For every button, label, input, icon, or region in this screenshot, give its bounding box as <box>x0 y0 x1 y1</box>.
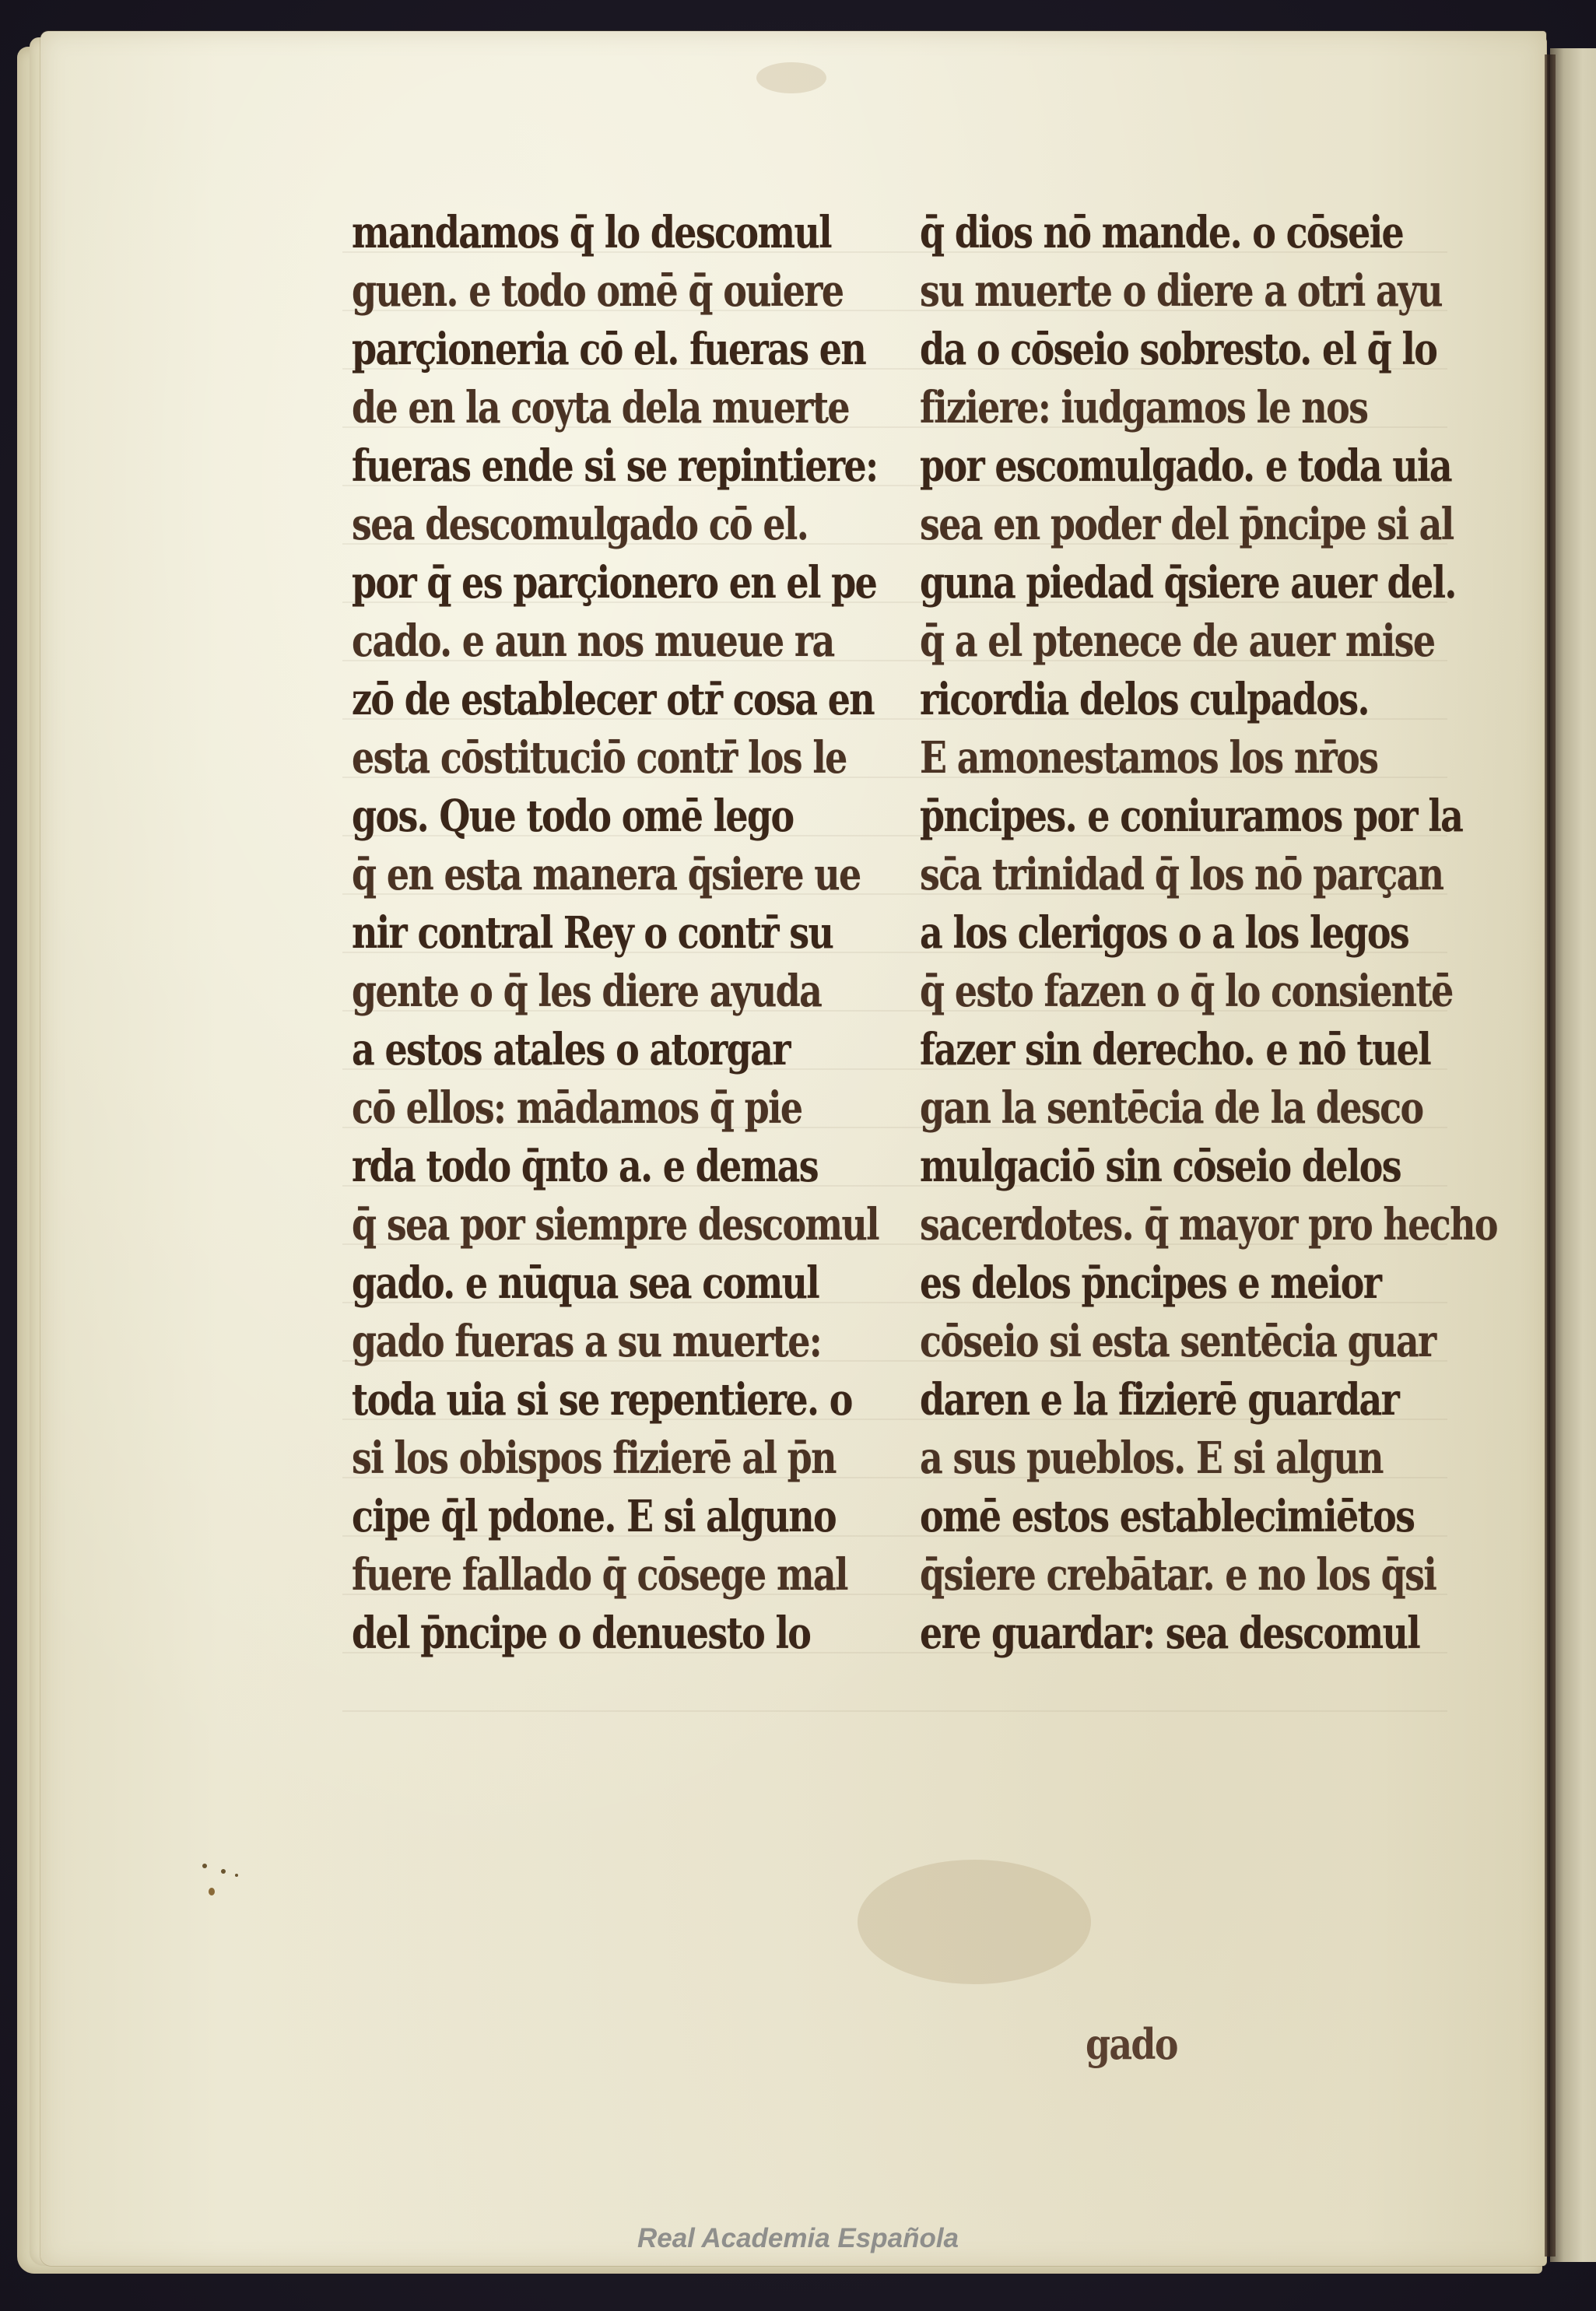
text-line: guen. e todo omē q̄ ouiere <box>352 262 882 321</box>
text-line: fazer sin derecho. e nō tuel <box>920 1021 1482 1079</box>
text-line: cōseio si esta sentēcia guar <box>920 1313 1482 1371</box>
text-line: gado fueras a su muerte: <box>352 1313 882 1371</box>
text-line: parçioneria cō el. fueras en <box>352 321 882 379</box>
text-line: sacerdotes. q̄ mayor pro hecho <box>920 1196 1482 1254</box>
next-page-edge <box>1550 48 1596 2262</box>
text-line: E amonestamos los nr̄os <box>920 729 1482 787</box>
text-line: gado. e nūqua sea comul <box>352 1254 882 1313</box>
text-line: a los clerigos o a los legos <box>920 904 1482 963</box>
catchword: gado <box>1086 2019 1177 2069</box>
text-line-final: ere guardar: sea descomul <box>920 1604 1482 1663</box>
text-line: toda uia si se repentiere. o <box>352 1371 882 1429</box>
text-line: fuere fallado q̄ cōsege mal <box>352 1546 882 1604</box>
text-line: a estos atales o atorgar <box>352 1021 882 1079</box>
text-line: q̄ dios nō mande. o cōseie <box>920 204 1482 262</box>
text-line: por escomulgado. e toda uia <box>920 437 1482 496</box>
text-line: q̄siere crebātar. e no los q̄si <box>920 1546 1482 1604</box>
text-line: de en la coyta dela muerte <box>352 379 882 437</box>
text-column-left: mandamos q̄ lo descomul guen. e todo omē… <box>352 204 882 1663</box>
parchment-stain <box>858 1860 1091 1984</box>
ink-speck <box>209 1888 215 1895</box>
text-column-right: q̄ dios nō mande. o cōseie su muerte o d… <box>920 204 1482 1663</box>
text-line: daren e la fizierē guardar <box>920 1371 1482 1429</box>
ink-speck <box>221 1869 226 1874</box>
text-line: q̄ a el ptenece de auer mise <box>920 612 1482 671</box>
ink-speck <box>235 1874 238 1877</box>
ink-speck <box>202 1864 207 1868</box>
text-line: si los obispos fizierē al p̄n <box>352 1429 882 1488</box>
text-line: sea en poder del p̄ncipe si al <box>920 496 1482 554</box>
text-line: su muerte o diere a otri ayu <box>920 262 1482 321</box>
text-line: por q̄ es parçionero en el pe <box>352 554 882 612</box>
text-line: es delos p̄ncipes e meior <box>920 1254 1482 1313</box>
text-line: guna piedad q̄siere auer del. <box>920 554 1482 612</box>
parchment-stain <box>756 62 826 93</box>
text-line: mandamos q̄ lo descomul <box>352 204 882 262</box>
text-line: rda todo q̄nto a. e demas <box>352 1138 882 1196</box>
text-line: a sus pueblos. E si algun <box>920 1429 1482 1488</box>
text-line: gos. Que todo omē lego <box>352 787 882 846</box>
text-line: p̄ncipes. e coniuramos por la <box>920 787 1482 846</box>
text-line: fiziere: iudgamos le nos <box>920 379 1482 437</box>
text-line: sc̄a trinidad q̄ los nō parçan <box>920 846 1482 904</box>
text-line: cipe q̄l pdone. E si alguno <box>352 1488 882 1546</box>
text-line: mulgaciō sin cōseio delos <box>920 1138 1482 1196</box>
text-line: ricordia delos culpados. <box>920 671 1482 729</box>
text-line: gente o q̄ les diere ayuda <box>352 963 882 1021</box>
text-line: fueras ende si se repintiere: <box>352 437 882 496</box>
text-line: nir contral Rey o contr̄ su <box>352 904 882 963</box>
text-line: q̄ esto fazen o q̄ lo consientē <box>920 963 1482 1021</box>
text-line: da o cōseio sobresto. el q̄ lo <box>920 321 1482 379</box>
text-line: q̄ sea por siempre descomul <box>352 1196 882 1254</box>
text-line-final: del p̄ncipe o denuesto lo <box>352 1604 882 1663</box>
text-line: cō ellos: mādamos q̄ pie <box>352 1079 882 1138</box>
text-line: zō de establecer otr̄ cosa en <box>352 671 882 729</box>
text-line: cado. e aun nos mueue ra <box>352 612 882 671</box>
text-line: gan la sentēcia de la desco <box>920 1079 1482 1138</box>
binding-gutter <box>1545 54 1556 2257</box>
text-line: sea descomulgado cō el. <box>352 496 882 554</box>
watermark: Real Academia Española <box>0 2223 1596 2254</box>
text-line: omē estos establecimiētos <box>920 1488 1482 1546</box>
text-line: q̄ en esta manera q̄siere ue <box>352 846 882 904</box>
text-line: esta cōstituciō contr̄ los le <box>352 729 882 787</box>
